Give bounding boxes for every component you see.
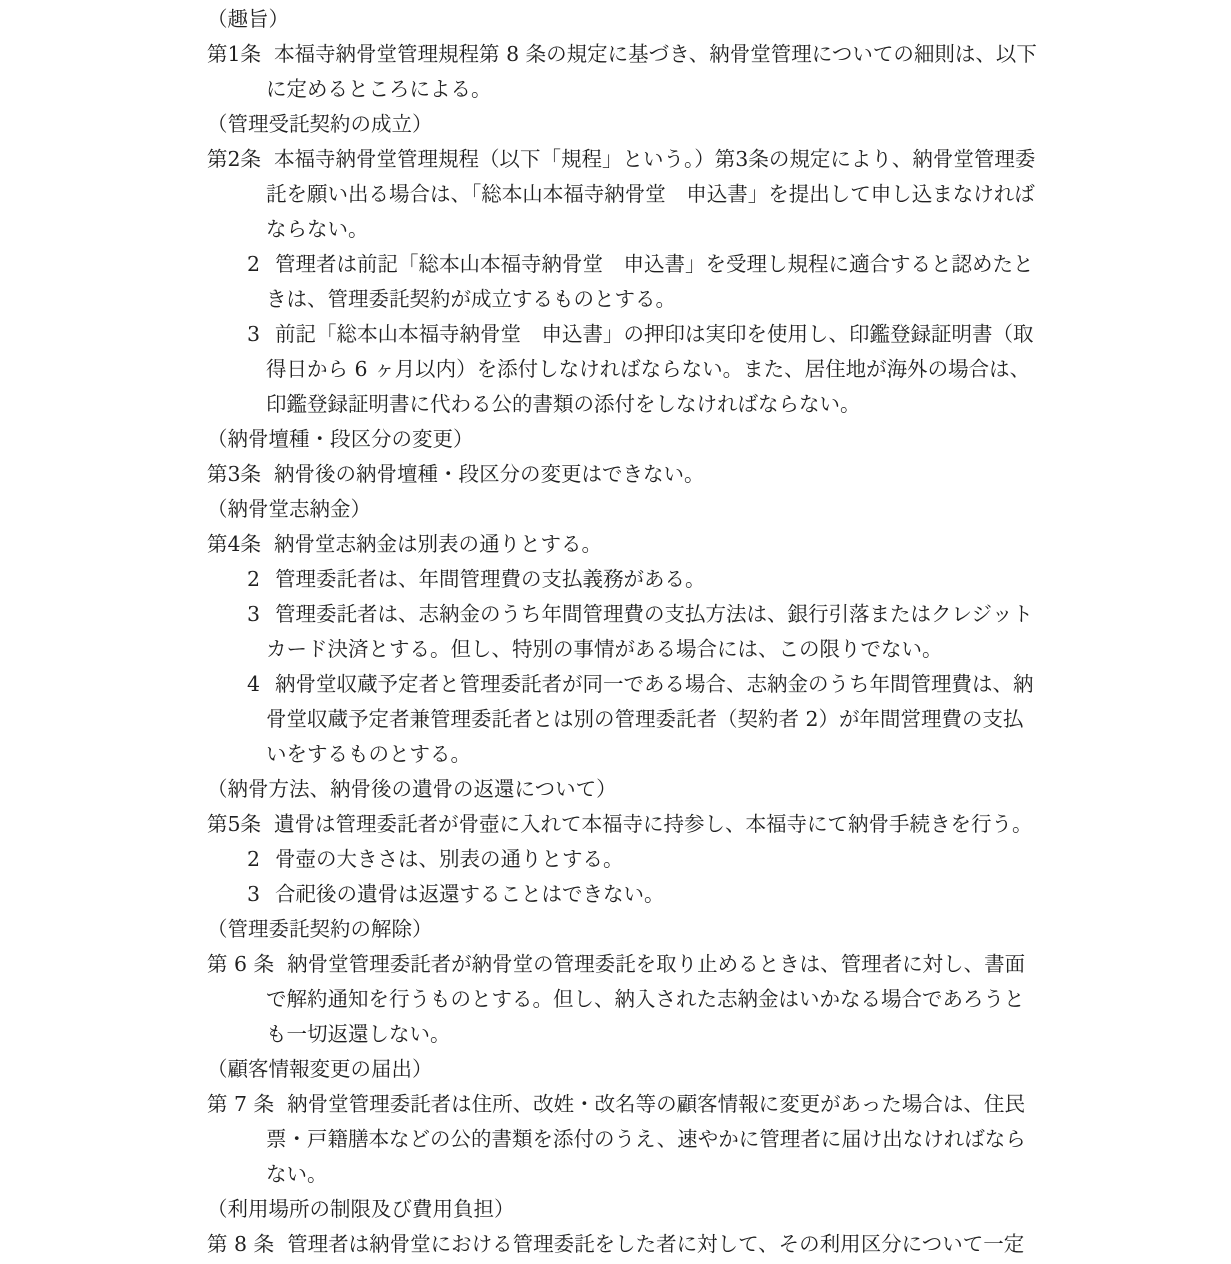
article-paragraph: 第 7 条納骨堂管理委託者は住所、改姓・改名等の顧客情報に変更があった場合は、住… [207, 1087, 1040, 1192]
section-heading-text: （顧客情報変更の届出） [207, 1057, 433, 1081]
sub-clause-text: 前記「総本山本福寺納骨堂 申込書」の押印は実印を使用し、印鑑登録証明書（取得日か… [266, 322, 1034, 416]
document-body: （趣旨）第1条本福寺納骨堂管理規程第 8 条の規定に基づき、納骨堂管理についての… [0, 0, 1231, 1262]
section-heading-text: （納骨方法、納骨後の遺骨の返還について） [207, 777, 617, 801]
sub-clause-paragraph: 4納骨堂収蔵予定者と管理委託者が同一である場合、志納金のうち年間管理費は、納骨堂… [207, 667, 1040, 772]
sub-clause-number: 4 [247, 672, 260, 696]
section-heading: （顧客情報変更の届出） [207, 1052, 1040, 1087]
sub-clause-text: 管理者は前記「総本山本福寺納骨堂 申込書」を受理し規程に適合すると認めたときは、… [266, 252, 1034, 311]
article-number: 第 7 条 [207, 1092, 274, 1116]
sub-clause-text: 管理委託者は、年間管理費の支払義務がある。 [275, 567, 706, 591]
sub-clause-paragraph: 2骨壺の大きさは、別表の通りとする。 [207, 842, 1040, 877]
article-number: 第 6 条 [207, 952, 274, 976]
article-paragraph: 第2条本福寺納骨堂管理規程（以下「規程」という。）第3条の規定により、納骨堂管理… [207, 142, 1040, 247]
article-text: 本福寺納骨堂管理規程第 8 条の規定に基づき、納骨堂管理についての細則は、以下に… [266, 42, 1037, 101]
article-paragraph: 第5条遺骨は管理委託者が骨壺に入れて本福寺に持参し、本福寺にて納骨手続きを行う。 [207, 807, 1040, 842]
section-heading-text: （利用場所の制限及び費用負担） [207, 1197, 515, 1221]
article-number: 第2条 [207, 147, 261, 171]
sub-clause-text: 骨壺の大きさは、別表の通りとする。 [275, 847, 624, 871]
article-text: 本福寺納骨堂管理規程（以下「規程」という。）第3条の規定により、納骨堂管理委託を… [266, 147, 1035, 241]
sub-clause-number: 3 [247, 882, 260, 906]
sub-clause-number: 2 [247, 567, 260, 591]
section-heading: （納骨壇種・段区分の変更） [207, 422, 1040, 457]
sub-clause-number: 3 [247, 602, 260, 626]
article-text: 納骨後の納骨壇種・段区分の変更はできない。 [274, 462, 705, 486]
article-number: 第 8 条 [207, 1232, 274, 1256]
sub-clause-text: 管理委託者は、志納金のうち年間管理費の支払方法は、銀行引落またはクレジットカード… [266, 602, 1033, 661]
section-heading: （利用場所の制限及び費用負担） [207, 1192, 1040, 1227]
section-heading-text: （納骨壇種・段区分の変更） [207, 427, 474, 451]
section-heading: （納骨方法、納骨後の遺骨の返還について） [207, 772, 1040, 807]
article-number: 第4条 [207, 532, 261, 556]
section-heading: （管理委託契約の解除） [207, 912, 1040, 947]
section-heading-text: （趣旨） [207, 7, 289, 31]
article-number: 第5条 [207, 812, 261, 836]
sub-clause-text: 納骨堂収蔵予定者と管理委託者が同一である場合、志納金のうち年間管理費は、納骨堂収… [266, 672, 1034, 766]
section-heading: （趣旨） [207, 2, 1040, 37]
section-heading-text: （管理委託契約の解除） [207, 917, 433, 941]
document-page: （趣旨）第1条本福寺納骨堂管理規程第 8 条の規定に基づき、納骨堂管理についての… [0, 0, 1231, 1264]
article-paragraph: 第 6 条納骨堂管理委託者が納骨堂の管理委託を取り止めるときは、管理者に対し、書… [207, 947, 1040, 1052]
article-text: 遺骨は管理委託者が骨壺に入れて本福寺に持参し、本福寺にて納骨手続きを行う。 [274, 812, 1033, 836]
article-text: 納骨堂管理委託者は住所、改姓・改名等の顧客情報に変更があった場合は、住民票・戸籍… [266, 1092, 1026, 1186]
sub-clause-number: 2 [247, 252, 260, 276]
article-text: 納骨堂志納金は別表の通りとする。 [274, 532, 602, 556]
article-number: 第1条 [207, 42, 261, 66]
section-heading: （納骨堂志納金） [207, 492, 1040, 527]
article-text: 納骨堂管理委託者が納骨堂の管理委託を取り止めるときは、管理者に対し、書面で解約通… [266, 952, 1025, 1046]
sub-clause-paragraph: 3合祀後の遺骨は返還することはできない。 [207, 877, 1040, 912]
sub-clause-number: 3 [247, 322, 260, 346]
section-heading-text: （納骨堂志納金） [207, 497, 371, 521]
sub-clause-paragraph: 3前記「総本山本福寺納骨堂 申込書」の押印は実印を使用し、印鑑登録証明書（取得日… [207, 317, 1040, 422]
sub-clause-paragraph: 2管理者は前記「総本山本福寺納骨堂 申込書」を受理し規程に適合すると認めたときは… [207, 247, 1040, 317]
article-text: 管理者は納骨堂における管理委託をした者に対して、その利用区分について一定 [287, 1232, 1024, 1256]
article-paragraph: 第3条納骨後の納骨壇種・段区分の変更はできない。 [207, 457, 1040, 492]
article-paragraph: 第1条本福寺納骨堂管理規程第 8 条の規定に基づき、納骨堂管理についての細則は、… [207, 37, 1040, 107]
article-number: 第3条 [207, 462, 261, 486]
article-paragraph: 第 8 条管理者は納骨堂における管理委託をした者に対して、その利用区分について一… [207, 1227, 1040, 1262]
section-heading-text: （管理受託契約の成立） [207, 112, 433, 136]
sub-clause-paragraph: 3管理委託者は、志納金のうち年間管理費の支払方法は、銀行引落またはクレジットカー… [207, 597, 1040, 667]
sub-clause-paragraph: 2管理委託者は、年間管理費の支払義務がある。 [207, 562, 1040, 597]
section-heading: （管理受託契約の成立） [207, 107, 1040, 142]
article-paragraph: 第4条納骨堂志納金は別表の通りとする。 [207, 527, 1040, 562]
sub-clause-text: 合祀後の遺骨は返還することはできない。 [275, 882, 665, 906]
sub-clause-number: 2 [247, 847, 260, 871]
